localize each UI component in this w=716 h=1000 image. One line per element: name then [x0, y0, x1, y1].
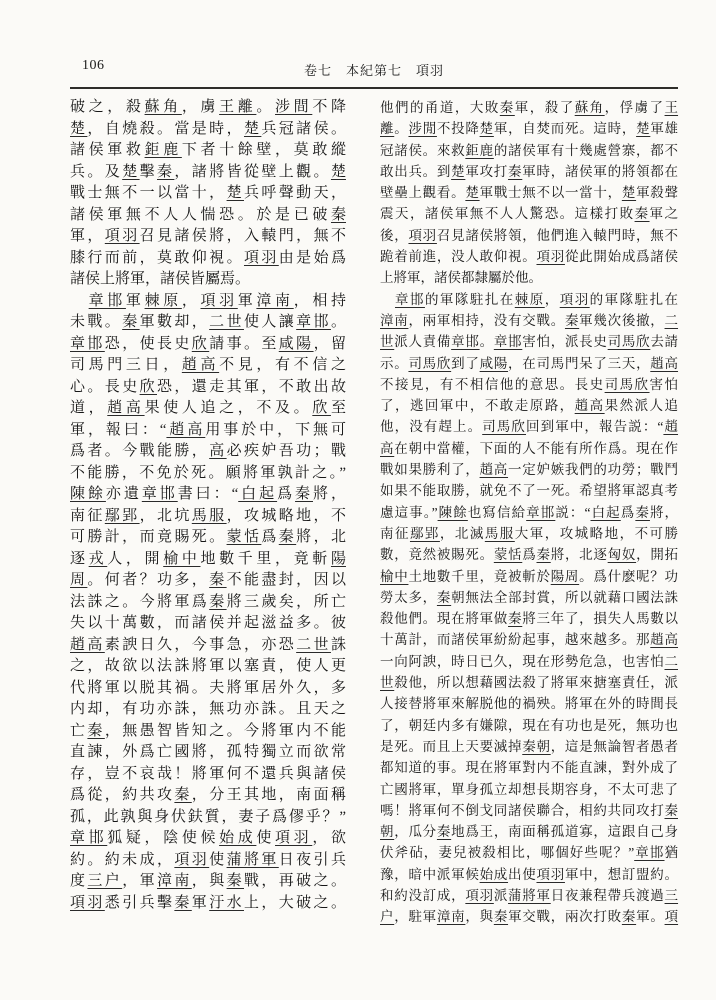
text-line: 慮這事。”陳餘也寫信給章邯説：“白起爲秦將，	[380, 502, 678, 523]
text-line: 可勝計，而竟賜死。蒙恬爲秦將，北	[70, 527, 346, 549]
text-line: 不接見，有不相信他的意思。長史司馬欣害怕	[380, 374, 678, 395]
text-line: 孤，此孰與身伏鈇質，妻子爲僇乎？”	[70, 807, 346, 829]
classical-text-column: 破之，殺蘇角，虜王離。涉間不降楚，自燒殺。當是時，楚兵冠諸侯。諸侯軍救鉅鹿下者十…	[70, 97, 346, 928]
text-line: 周。何者？功多，秦不能盡封，因以	[70, 570, 346, 592]
text-line: 爲者。今戰能勝，高必疾妒吾功；戰	[70, 441, 346, 463]
text-line: 漳南，兩軍相持，没有交戰。秦軍幾次後撤，二	[380, 310, 678, 331]
text-line: 數，竟然被賜死。蒙恬爲秦將，北逐匈奴，開拓	[380, 544, 678, 565]
text-line: 之，故欲以法誅將軍以塞責，使人更	[70, 656, 346, 678]
text-line: 不能勝，不免於死。願將軍孰計之。”	[70, 463, 346, 485]
text-line: 朝，瓜分秦地爲王，南面稱孤道寡，這跟自己身	[380, 821, 678, 842]
text-line: 亡國將軍，單身孤立却想長期容身，不太可悲了	[380, 779, 678, 800]
text-line: 敢出兵。到楚軍攻打秦軍時，諸侯軍的將領都在	[380, 161, 678, 182]
text-line: 跪着前進，没人敢仰視。項羽從此開始成爲諸侯	[380, 246, 678, 267]
text-line: 榆中土地數千里，竟被斬於陽周。爲什麽呢？功	[380, 566, 678, 587]
translation-text-column: 他們的甬道，大敗秦軍，殺了蘇角，俘虜了王離。涉閒不投降楚軍，自焚而死。這時，楚軍…	[380, 97, 678, 928]
text-line: 上將軍，諸侯都隸屬於他。	[380, 267, 678, 288]
text-line: 亡秦，無愚智皆知之。今將軍内不能	[70, 721, 346, 743]
text-line: 失以十萬數，而諸侯并起滋益多。彼	[70, 613, 346, 635]
text-line: 未戰。秦軍數却，二世使人讓章邯。	[70, 312, 346, 334]
text-line: 道，趙高果使人追之，不及。欣至	[70, 398, 346, 420]
text-line: 内却，有功亦誅，無功亦誅。且天之	[70, 699, 346, 721]
text-line: 章邯的軍隊駐扎在棘原，項羽的軍隊駐扎在	[380, 289, 678, 310]
text-line: 軍，報曰：“趙高用事於中，下無可	[70, 420, 346, 442]
text-line: 伏斧砧，妻兒被殺相比，哪個好些呢？”章邯猶	[380, 842, 678, 863]
text-line: 章邯軍棘原，項羽軍漳南，相持	[70, 291, 346, 313]
text-line: 殺他們。現在將軍做秦將三年了，損失人馬數以	[380, 608, 678, 629]
header-rule	[70, 87, 678, 89]
text-line: 約。約未成，項羽使蒲將軍日夜引兵	[70, 850, 346, 872]
text-line: 世派人責備章邯。章邯害怕，派長史司馬欣去請	[380, 331, 678, 352]
text-line: 司馬門三日，趙高不見，有不信之	[70, 355, 346, 377]
text-line: 壁壘上觀看。楚軍戰士無不以一當十，楚軍殺聲	[380, 182, 678, 203]
text-line: 户，駐軍漳南，與秦軍交戰，兩次打敗秦軍。項	[380, 906, 678, 927]
text-line: 他，没有趕上。司馬欣回到軍中，報告説：“趙	[380, 416, 678, 437]
text-line: 度三户，軍漳南，與秦戰，再破之。	[70, 871, 346, 893]
text-line: 法誅之。今將軍爲秦將三歲矣，所亡	[70, 592, 346, 614]
text-line: 陳餘亦遺章邯書曰：“白起爲秦將，	[70, 484, 346, 506]
text-line: 豫，暗中派軍候始成出使項羽軍中，想訂盟約。	[380, 864, 678, 885]
text-line: 人接替將軍來解脱他的禍殃。將軍在外的時間長	[380, 693, 678, 714]
text-line: 高在朝中當權，下面的人不能有所作爲。現在作	[380, 438, 678, 459]
text-line: 趙高素諛日久，今事急，亦恐二世誅	[70, 635, 346, 657]
book-page: 106 卷七 本紀第七 項羽 破之，殺蘇角，虜王離。涉間不降楚，自燒殺。當是時，…	[0, 0, 716, 1000]
text-line: 他們的甬道，大敗秦軍，殺了蘇角，俘虜了王	[380, 97, 678, 118]
text-line: 震天，諸侯軍無不人人驚恐。這樣打敗秦軍之	[380, 203, 678, 224]
text-line: 存，豈不哀哉！將軍何不還兵與諸侯	[70, 764, 346, 786]
text-line: 諸侯軍無不人人惴恐。於是已破秦	[70, 205, 346, 227]
text-line: 冠諸侯。來救鉅鹿的諸侯軍有十幾處營寨，都不	[380, 140, 678, 161]
text-line: 離。涉閒不投降楚軍，自焚而死。這時，楚軍雄	[380, 118, 678, 139]
text-line: 如果不能取勝，就免不了一死。希望將軍認真考	[380, 480, 678, 501]
text-line: 是死。而且上天要滅掉秦朝，這是無論智者愚者	[380, 736, 678, 757]
text-line: 直諫，外爲亡國將，孤特獨立而欲常	[70, 742, 346, 764]
text-line: 膝行而前，莫敢仰視。項羽由是始爲	[70, 248, 346, 270]
text-line: 嗎！將軍何不倒戈同諸侯聯合，相約共同攻打秦	[380, 800, 678, 821]
text-line: 逐戎人，開榆中地數千里，竟斬陽	[70, 549, 346, 571]
text-columns: 破之，殺蘇角，虜王離。涉間不降楚，自燒殺。當是時，楚兵冠諸侯。諸侯軍救鉅鹿下者十…	[70, 97, 678, 928]
running-header-title: 卷七 本紀第七 項羽	[70, 60, 678, 79]
text-line: 諸侯上將軍，諸侯皆屬焉。	[70, 269, 346, 291]
text-line: 諸侯軍救鉅鹿下者十餘壁，莫敢縱	[70, 140, 346, 162]
text-line: 後，項羽召見諸侯將領，他們進入轅門時，無不	[380, 225, 678, 246]
text-line: 項羽悉引兵擊秦軍汙水上，大破之。	[70, 893, 346, 915]
text-line: 心。長史欣恐，還走其軍，不敢出故	[70, 377, 346, 399]
text-line: 和約没訂成，項羽派蒲將軍日夜兼程帶兵渡過三	[380, 885, 678, 906]
text-line: 了，逃回軍中，不敢走原路，趙高果然派人追	[380, 395, 678, 416]
text-line: 示。司馬欣到了咸陽，在司馬門呆了三天，趙高	[380, 353, 678, 374]
page-header: 106 卷七 本紀第七 項羽	[70, 58, 678, 80]
text-line: 代將軍以脱其禍。夫將軍居外久，多	[70, 678, 346, 700]
text-line: 了，朝廷内多有嫌隙，現在有功也是死，無功也	[380, 715, 678, 736]
text-line: 楚，自燒殺。當是時，楚兵冠諸侯。	[70, 119, 346, 141]
text-line: 南征鄢郢，北坑馬服，攻城略地，不	[70, 506, 346, 528]
text-line: 章邯恐，使長史欣請事。至咸陽，留	[70, 334, 346, 356]
text-line: 爲從，約共攻秦，分王其地，南面稱	[70, 785, 346, 807]
text-line: 兵。及楚擊秦，諸將皆從壁上觀。楚	[70, 162, 346, 184]
text-line: 戰如果勝利了，趙高一定妒嫉我們的功勞；戰鬥	[380, 459, 678, 480]
text-line: 一向阿諛，時日已久，現在形勢危急，也害怕二	[380, 651, 678, 672]
text-line: 勞太多，秦朝無法全部封賞，所以就藉口國法誅	[380, 587, 678, 608]
text-line: 軍，項羽召見諸侯將，入轅門，無不	[70, 226, 346, 248]
text-line: 章邯狐疑，陰使候始成使項羽，欲	[70, 828, 346, 850]
text-line: 世殺他，所以想藉國法殺了將軍來搪塞責任，派	[380, 672, 678, 693]
text-line: 十萬計，而諸侯軍紛紛起事，越來越多。那趙高	[380, 629, 678, 650]
text-line: 破之，殺蘇角，虜王離。涉間不降	[70, 97, 346, 119]
text-line: 戰士無不一以當十，楚兵呼聲動天，	[70, 183, 346, 205]
text-line: 南征鄢郢，北滅馬服大軍，攻城略地，不可勝	[380, 523, 678, 544]
text-line: 都知道的事。現在將軍對内不能直諫，對外成了	[380, 757, 678, 778]
